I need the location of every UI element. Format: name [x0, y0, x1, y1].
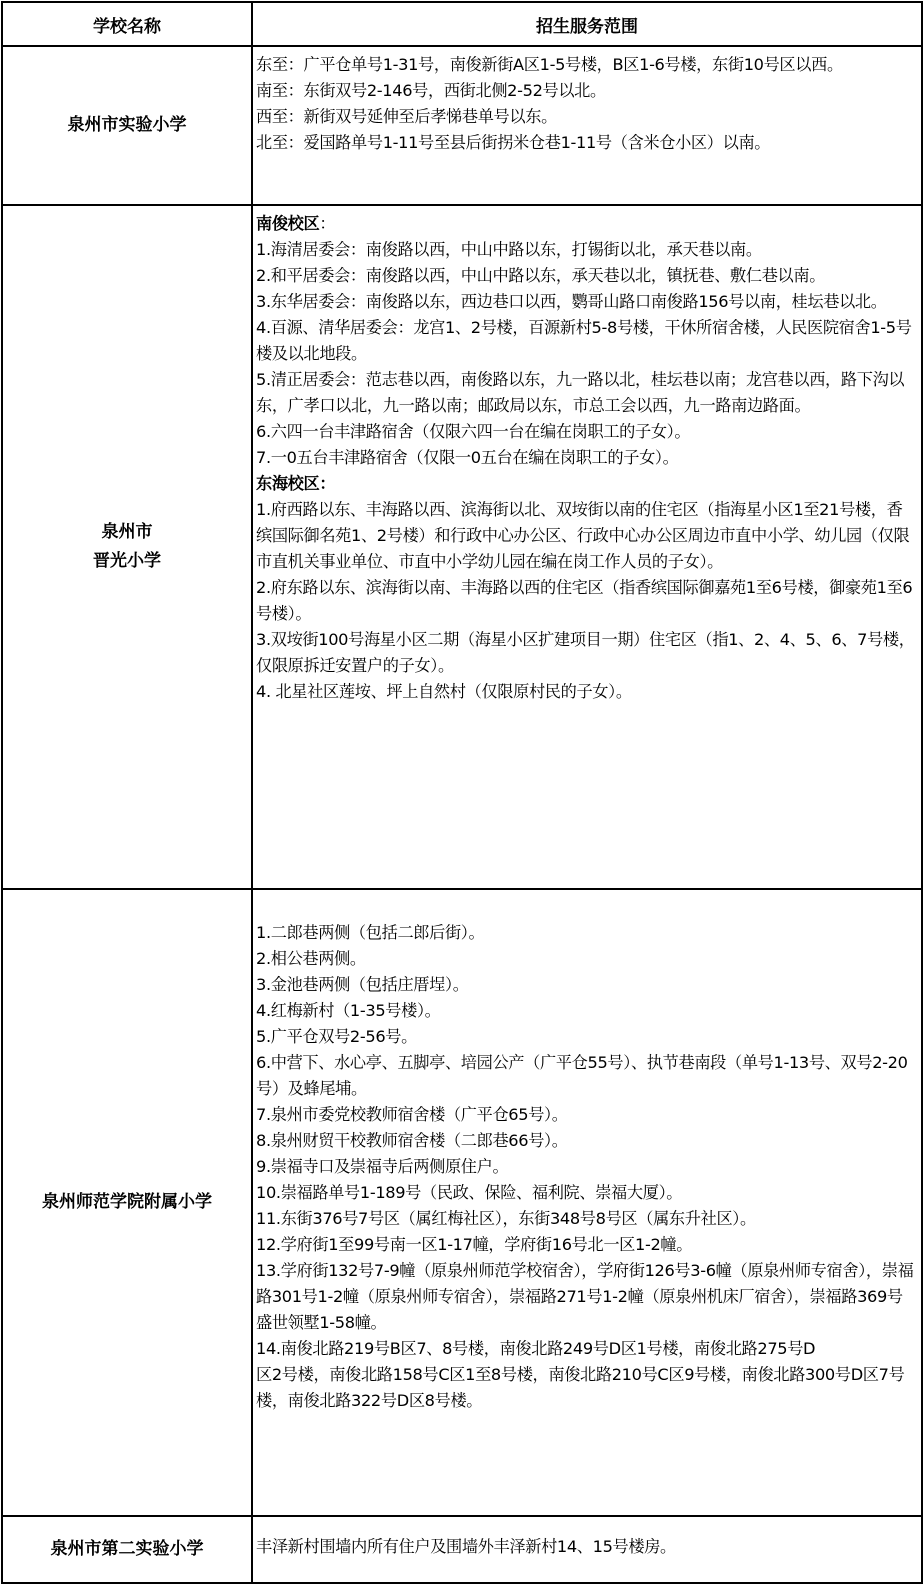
range-line: 1.海清居委会：南俊路以西，中山中路以东，打锡街以北，承天巷以南。: [256, 237, 917, 263]
campus-title-nanjun: 南俊校区：: [256, 211, 917, 237]
range-line: 8.泉州财贸干校教师宿舍楼（二郎巷66号）。: [256, 1128, 917, 1154]
range-line: 丰泽新村围墙内所有住户及围墙外丰泽新村14、15号楼房。: [256, 1534, 917, 1560]
service-range-cell: 1.二郎巷两侧（包括二郎后街）。 2.相公巷两侧。 3.金池巷两侧（包括庄厝埕）…: [252, 889, 922, 1516]
campus-title-donghai: 东海校区：: [256, 471, 917, 497]
range-line: 13.学府街132号7-9幢（原泉州师范学校宿舍），学府街126号3-6幢（原泉…: [256, 1258, 917, 1336]
range-line: 南至：东街双号2-146号，西街北侧2-52号以北。: [256, 78, 917, 104]
table-row: 泉州师范学院附属小学 1.二郎巷两侧（包括二郎后街）。 2.相公巷两侧。 3.金…: [2, 889, 922, 1516]
table-row: 泉州市 晋光小学 南俊校区： 1.海清居委会：南俊路以西，中山中路以东，打锡街以…: [2, 205, 922, 889]
range-line: 1.府西路以东、丰海路以西、滨海街以北、双垵街以南的住宅区（指海星小区1至21号…: [256, 497, 917, 575]
range-line: 12.学府街1至99号南一区1-17幢，学府街16号北一区1-2幢。: [256, 1232, 917, 1258]
school-name: 泉州市实验小学: [68, 115, 187, 135]
service-range-cell: 南俊校区： 1.海清居委会：南俊路以西，中山中路以东，打锡街以北，承天巷以南。 …: [252, 205, 922, 889]
table-row: 泉州市第二实验小学 丰泽新村围墙内所有住户及围墙外丰泽新村14、15号楼房。: [2, 1516, 922, 1583]
range-line: 2.府东路以东、滨海街以南、丰海路以西的住宅区（指香缤国际御嘉苑1至6号楼，御豪…: [256, 575, 917, 627]
school-name-cell: 泉州市 晋光小学: [2, 205, 252, 889]
range-line: 2.相公巷两侧。: [256, 946, 917, 972]
range-line: 5.清正居委会：范志巷以西，南俊路以东，九一路以北，桂坛巷以南；龙宫巷以西，路下…: [256, 367, 917, 419]
header-service-range: 招生服务范围: [252, 2, 922, 46]
range-line: 5.广平仓双号2-56号。: [256, 1024, 917, 1050]
service-range-cell: 东至：广平仓单号1-31号，南俊新街A区1-5号楼，B区1-6号楼，东街10号区…: [252, 46, 922, 205]
range-line: 3.金池巷两侧（包括庄厝埕）。: [256, 972, 917, 998]
school-name-cell: 泉州师范学院附属小学: [2, 889, 252, 1516]
header-school-name: 学校名称: [2, 2, 252, 46]
school-name-cell: 泉州市实验小学: [2, 46, 252, 205]
range-line: 7.一0五台丰津路宿舍（仅限一0五台在编在岗职工的子女）。: [256, 445, 917, 471]
school-name: 泉州市第二实验小学: [51, 1539, 204, 1559]
school-name-line: 晋光小学: [93, 551, 161, 571]
school-name: 泉州师范学院附属小学: [42, 1192, 212, 1212]
range-line: 6.六四一台丰津路宿舍（仅限六四一台在编在岗职工的子女）。: [256, 419, 917, 445]
range-line: 2.和平居委会：南俊路以西，中山中路以东，承天巷以北，镇抚巷、敷仁巷以南。: [256, 263, 917, 289]
school-name-line: 泉州市: [102, 522, 153, 542]
range-line: 东至：广平仓单号1-31号，南俊新街A区1-5号楼，B区1-6号楼，东街10号区…: [256, 52, 917, 78]
range-line: 7.泉州市委党校教师宿舍楼（广平仓65号）。: [256, 1102, 917, 1128]
range-line: 1.二郎巷两侧（包括二郎后街）。: [256, 920, 917, 946]
school-name-cell: 泉州市第二实验小学: [2, 1516, 252, 1583]
range-line: 14.南俊北路219号B区7、8号楼，南俊北路249号D区1号楼，南俊北路275…: [256, 1336, 917, 1362]
range-line: 西至：新街双号延伸至后孝悌巷单号以东。: [256, 104, 917, 130]
range-line: 9.崇福寺口及崇福寺后两侧原住户。: [256, 1154, 917, 1180]
enrollment-range-table: 学校名称 招生服务范围 泉州市实验小学 东至：广平仓单号1-31号，南俊新街A区…: [1, 1, 923, 1584]
range-line: 4. 北星社区莲垵、坪上自然村（仅限原村民的子女）。: [256, 679, 917, 705]
range-line: 4.红梅新村（1-35号楼）。: [256, 998, 917, 1024]
range-line: 6.中营下、水心亭、五脚亭、培园公产（广平仓55号）、执节巷南段（单号1-13号…: [256, 1050, 917, 1102]
range-line: 北至：爱国路单号1-11号至县后街拐米仓巷1-11号（含米仓小区）以南。: [256, 130, 917, 156]
table-header-row: 学校名称 招生服务范围: [2, 2, 922, 46]
range-line: 10.崇福路单号1-189号（民政、保险、福利院、崇福大厦）。: [256, 1180, 917, 1206]
range-line: 4.百源、清华居委会：龙宫1、2号楼，百源新村5-8号楼，干休所宿舍楼，人民医院…: [256, 315, 917, 367]
service-range-cell: 丰泽新村围墙内所有住户及围墙外丰泽新村14、15号楼房。: [252, 1516, 922, 1583]
table-row: 泉州市实验小学 东至：广平仓单号1-31号，南俊新街A区1-5号楼，B区1-6号…: [2, 46, 922, 205]
range-line: 区2号楼，南俊北路158号C区1至8号楼，南俊北路210号C区9号楼，南俊北路3…: [256, 1362, 917, 1414]
range-line: 3.东华居委会：南俊路以东，西边巷口以西，鹦哥山路口南俊路156号以南，桂坛巷以…: [256, 289, 917, 315]
range-line: 3.双垵街100号海星小区二期（海星小区扩建项目一期）住宅区（指1、2、4、5、…: [256, 627, 917, 679]
range-line: 11.东街376号7号区（属红梅社区），东街348号8号区（属东升社区）。: [256, 1206, 917, 1232]
